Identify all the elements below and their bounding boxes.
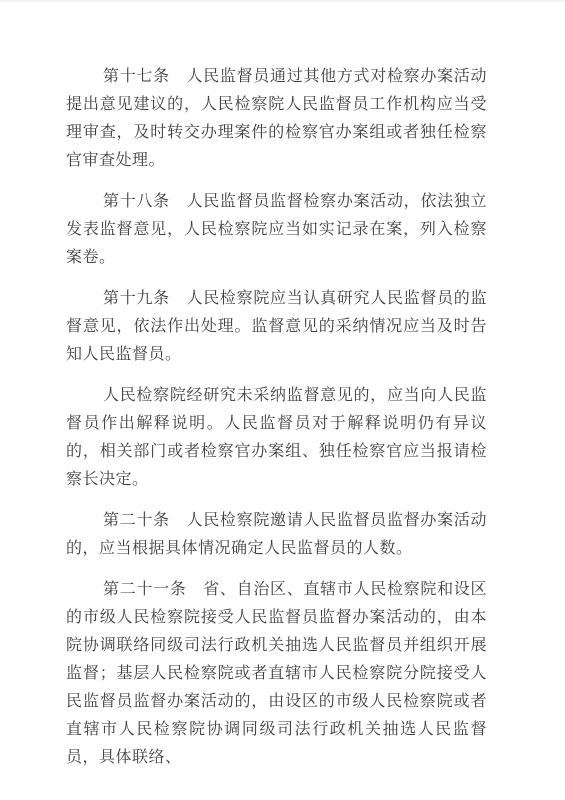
document-page: 第十七条 人民监督员通过其他方式对检察办案活动提出意见建议的，人民检察院人民监督…	[0, 0, 565, 800]
paragraph-article-18: 第十八条 人民监督员监督检察办案活动，依法独立发表监督意见，人民检察院应当如实记…	[66, 187, 487, 271]
paragraph-article-20: 第二十条 人民检察院邀请人民监督员监督办案活动的，应当根据具体情况确定人民监督员…	[66, 506, 487, 562]
paragraph-article-21: 第二十一条 省、自治区、直辖市人民检察院和设区的市级人民检察院接受人民监督员监督…	[66, 575, 487, 771]
paragraph-article-19: 第十九条 人民检察院应当认真研究人民监督员的监督意见，依法作出处理。监督意见的采…	[66, 284, 487, 368]
paragraph-article-19-continuation: 人民检察院经研究未采纳监督意见的，应当向人民监督员作出解释说明。人民监督员对于解…	[66, 381, 487, 493]
paragraph-article-17: 第十七条 人民监督员通过其他方式对检察办案活动提出意见建议的，人民检察院人民监督…	[66, 62, 487, 174]
document-content: 第十七条 人民监督员通过其他方式对检察办案活动提出意见建议的，人民检察院人民监督…	[0, 2, 565, 771]
